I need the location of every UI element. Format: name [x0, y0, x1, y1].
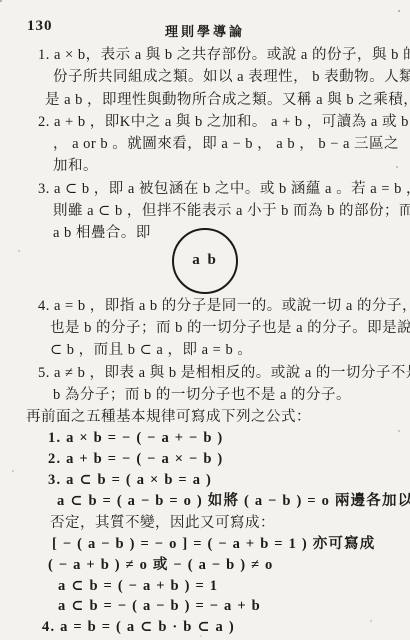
page-header: 130 理則學導論 [0, 0, 410, 44]
text-line: 3. a ⊂ b ，即 a 被包涵在 b 之中。或 b 涵蘊 a 。若 a = … [0, 178, 410, 200]
formula-line: 3. a ⊂ b = ( a × b = a ) [0, 470, 410, 491]
text-line: 是 a b ，即理性與動物所合成之類。又稱 a 與 b 之乘積， [0, 89, 410, 111]
text-line: 5. a ≠ b ，即表 a 與 b 是相相反的。或說 a 的一切分子不是 [0, 362, 410, 384]
text-line: b 為分子；而 b 的一切分子也不是 a 的分子。 [0, 384, 410, 406]
formula-line: 2. a + b = − ( − a × − b ) [0, 449, 410, 470]
text-line: ， a or b 。就圖來看，即 a − b ， a b ， b − a 三區之 [0, 133, 410, 155]
text-line: 再前面之五種基本規律可寫成下列之公式： [0, 406, 410, 428]
venn-diagram-row: a b [0, 245, 410, 295]
formula-line: a ⊂ b = ( − a + b ) = 1 [0, 576, 410, 597]
formula-line: a ⊂ b = ( a − b = o ) 如將 ( a − b ) = o 兩… [0, 491, 410, 512]
formula-line: [ − ( a − b ) = − o ] = ( − a + b = 1 ) … [0, 534, 410, 555]
diagram-label: a b [192, 252, 218, 269]
page-body: 1. a × b，表示 a 與 b 之共存部份。或說 a 的份子，與 b 的份子… [0, 44, 410, 638]
text-line: 2. a + b ，即K中之 a 與 b 之加和。 a + b ，可讀為 a 或… [0, 111, 410, 133]
text-line: ⊂ b ，而且 b ⊂ a ，即 a = b 。 [0, 339, 410, 361]
formula-line: ( − a + b ) ≠ o 或 − ( a − b ) ≠ o [0, 555, 410, 576]
text-line: 4. a = b ，即指 a b 的分子是同一的。或說一切 a 的分子， [0, 295, 410, 317]
running-header-title: 理則學導論 [0, 21, 410, 40]
text-line: 否定，其質不變，因此又可寫成： [0, 512, 410, 534]
formula-line: 4. a = b = ( a ⊂ b · b ⊂ a ) [0, 617, 410, 638]
formula-line: 1. a × b = − ( − a + − b ) [0, 428, 410, 449]
text-line: 份子所共同組成之類。如以 a 表理性， b 表動物。人類即 [0, 66, 410, 88]
text-line: 1. a × b，表示 a 與 b 之共存部份。或說 a 的份子，與 b 的 [0, 44, 410, 66]
venn-circle-diagram: a b [172, 228, 238, 294]
text-line: 也是 b 的分子；而 b 的一切分子也是 a 的分子。即是說 a [0, 317, 410, 339]
text-line: 則雖 a ⊂ b ，但拌不能表示 a 小于 b 而為 b 的部份；而是 [0, 200, 410, 222]
text-line: 加和。 [0, 155, 410, 177]
formula-line: a ⊂ b = − ( a − b ) = − a + b [0, 596, 410, 617]
book-page: 130 理則學導論 1. a × b，表示 a 與 b 之共存部份。或說 a 的… [0, 0, 410, 640]
